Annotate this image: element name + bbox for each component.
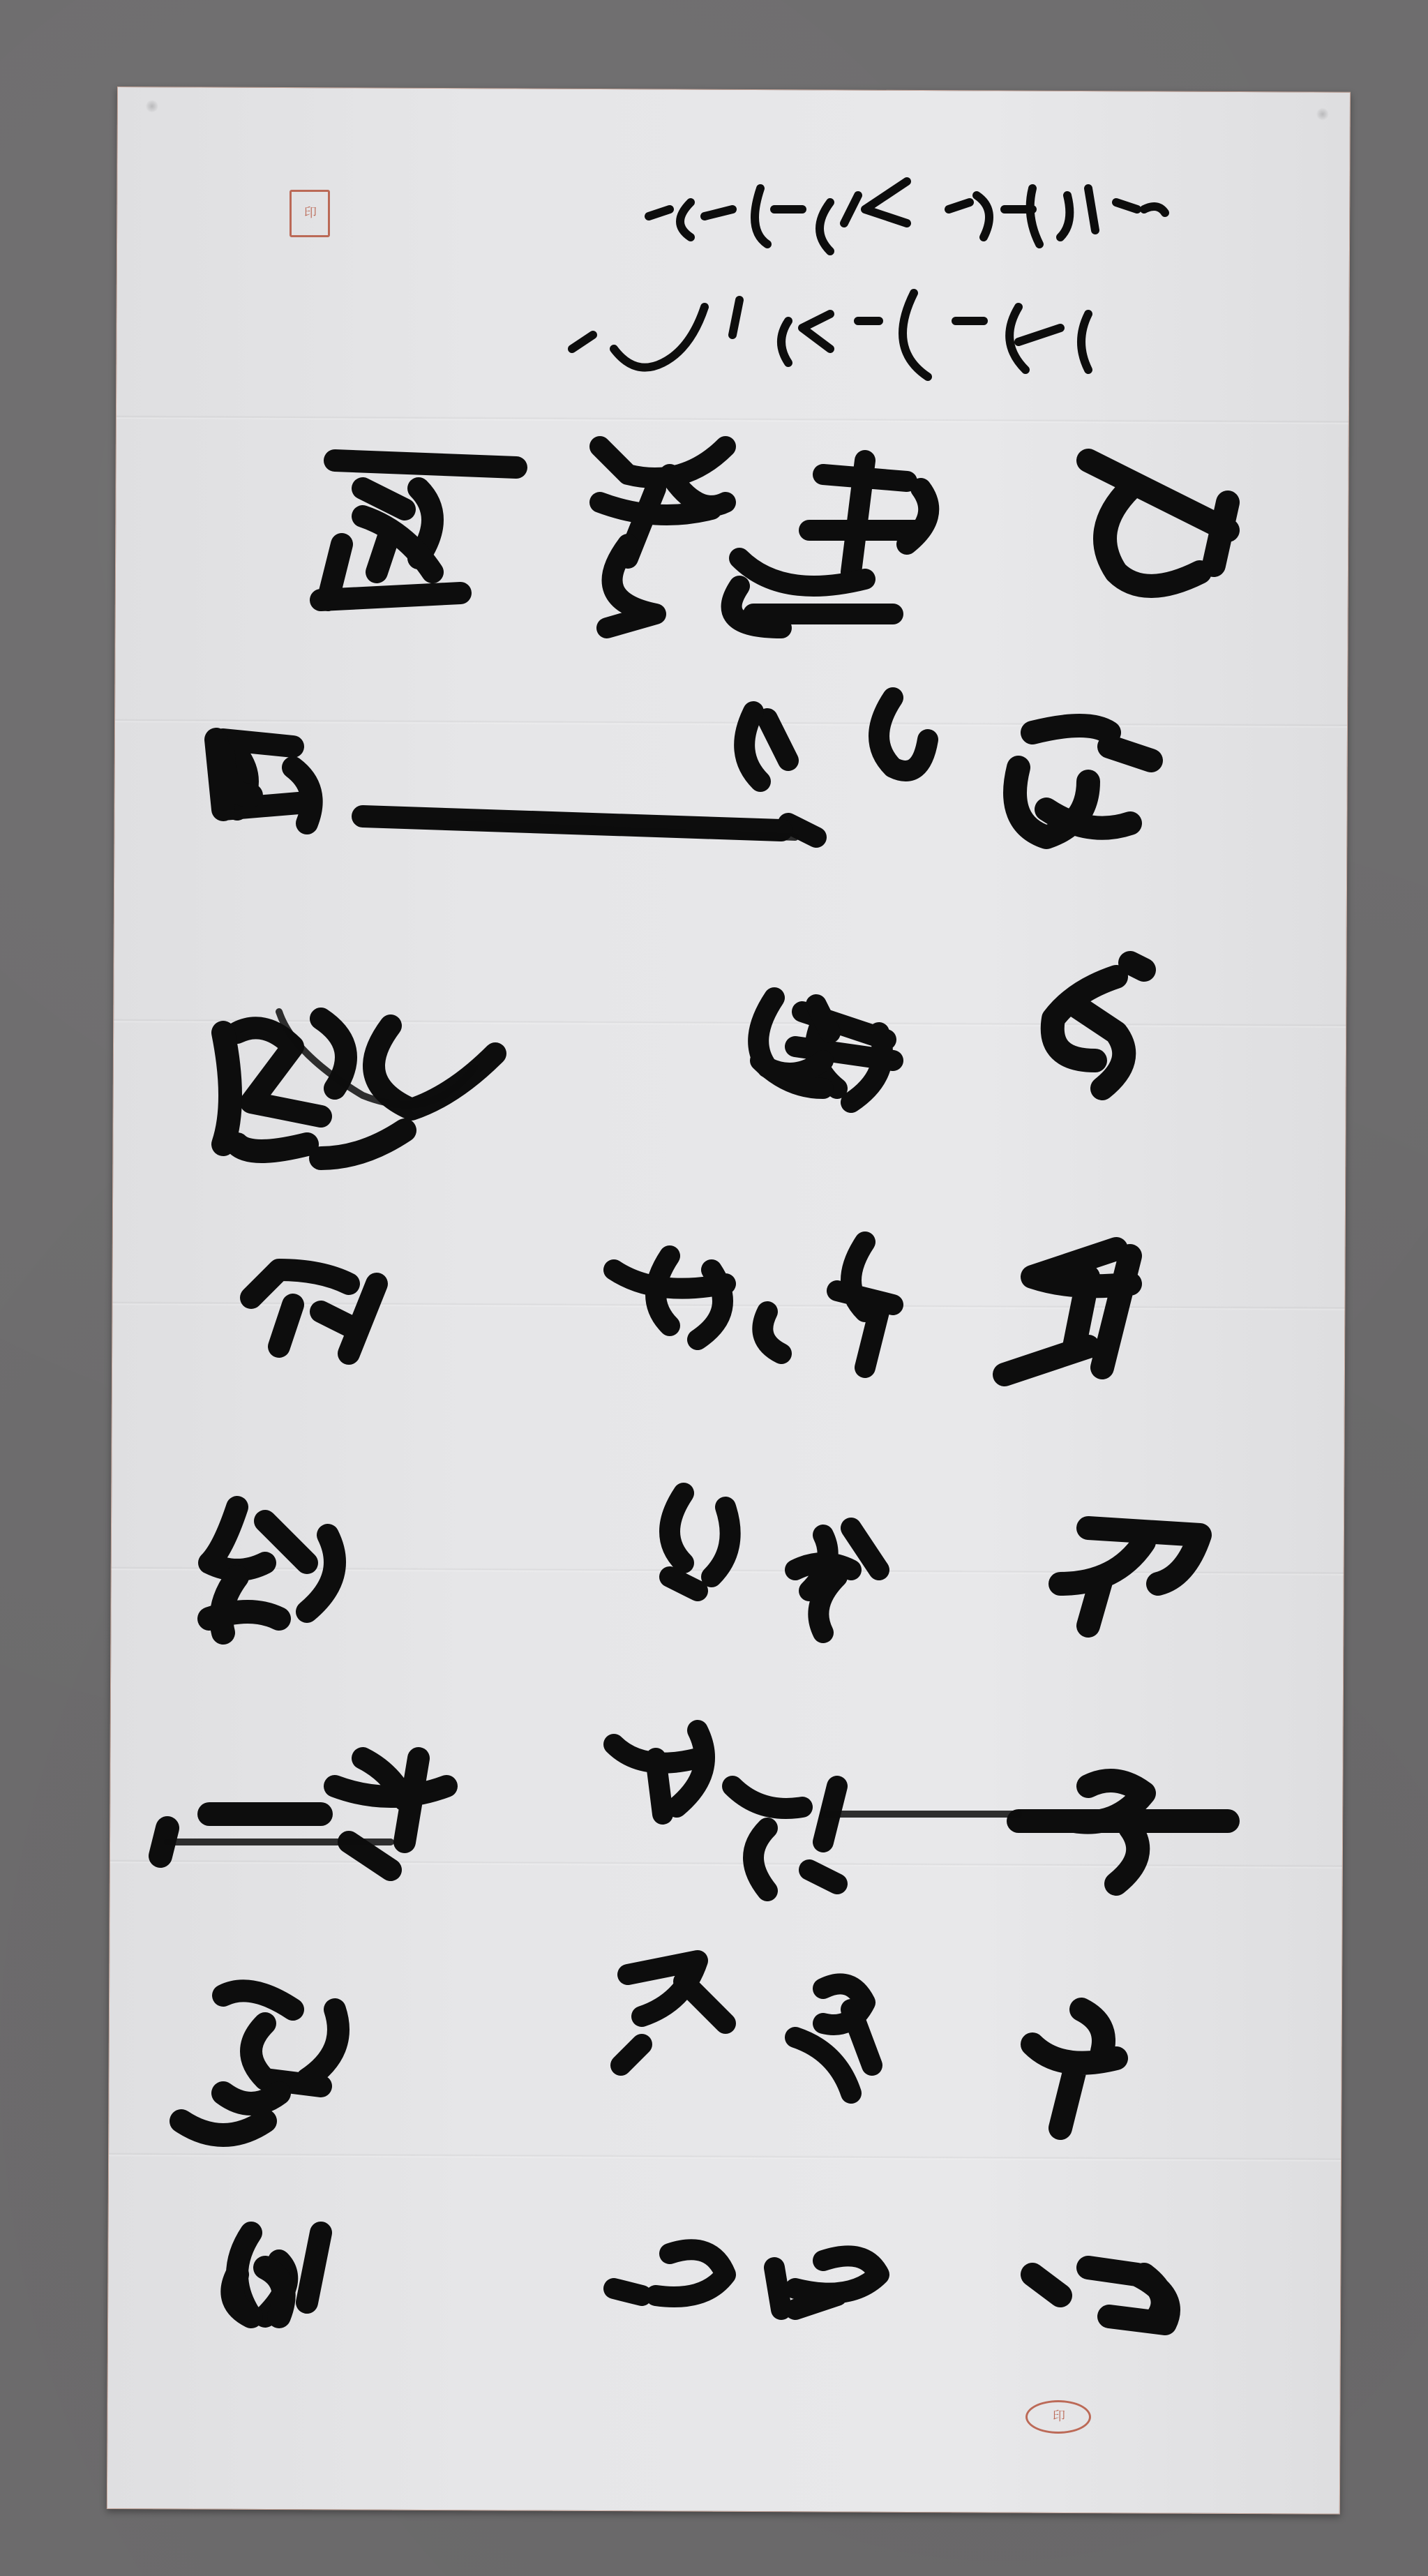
seal-glyph: 印 [1053, 2411, 1064, 2423]
square-seal: 印 [290, 190, 330, 237]
column-3 [600, 447, 830, 2297]
column-4 [209, 460, 781, 2316]
oval-seal: 印 [1025, 2400, 1091, 2434]
inscription [572, 181, 1165, 377]
column-2 [732, 460, 929, 2309]
calligraphy-ink [0, 0, 1428, 2576]
seal-glyph: 印 [304, 207, 315, 220]
column-1 [1005, 460, 1228, 2323]
